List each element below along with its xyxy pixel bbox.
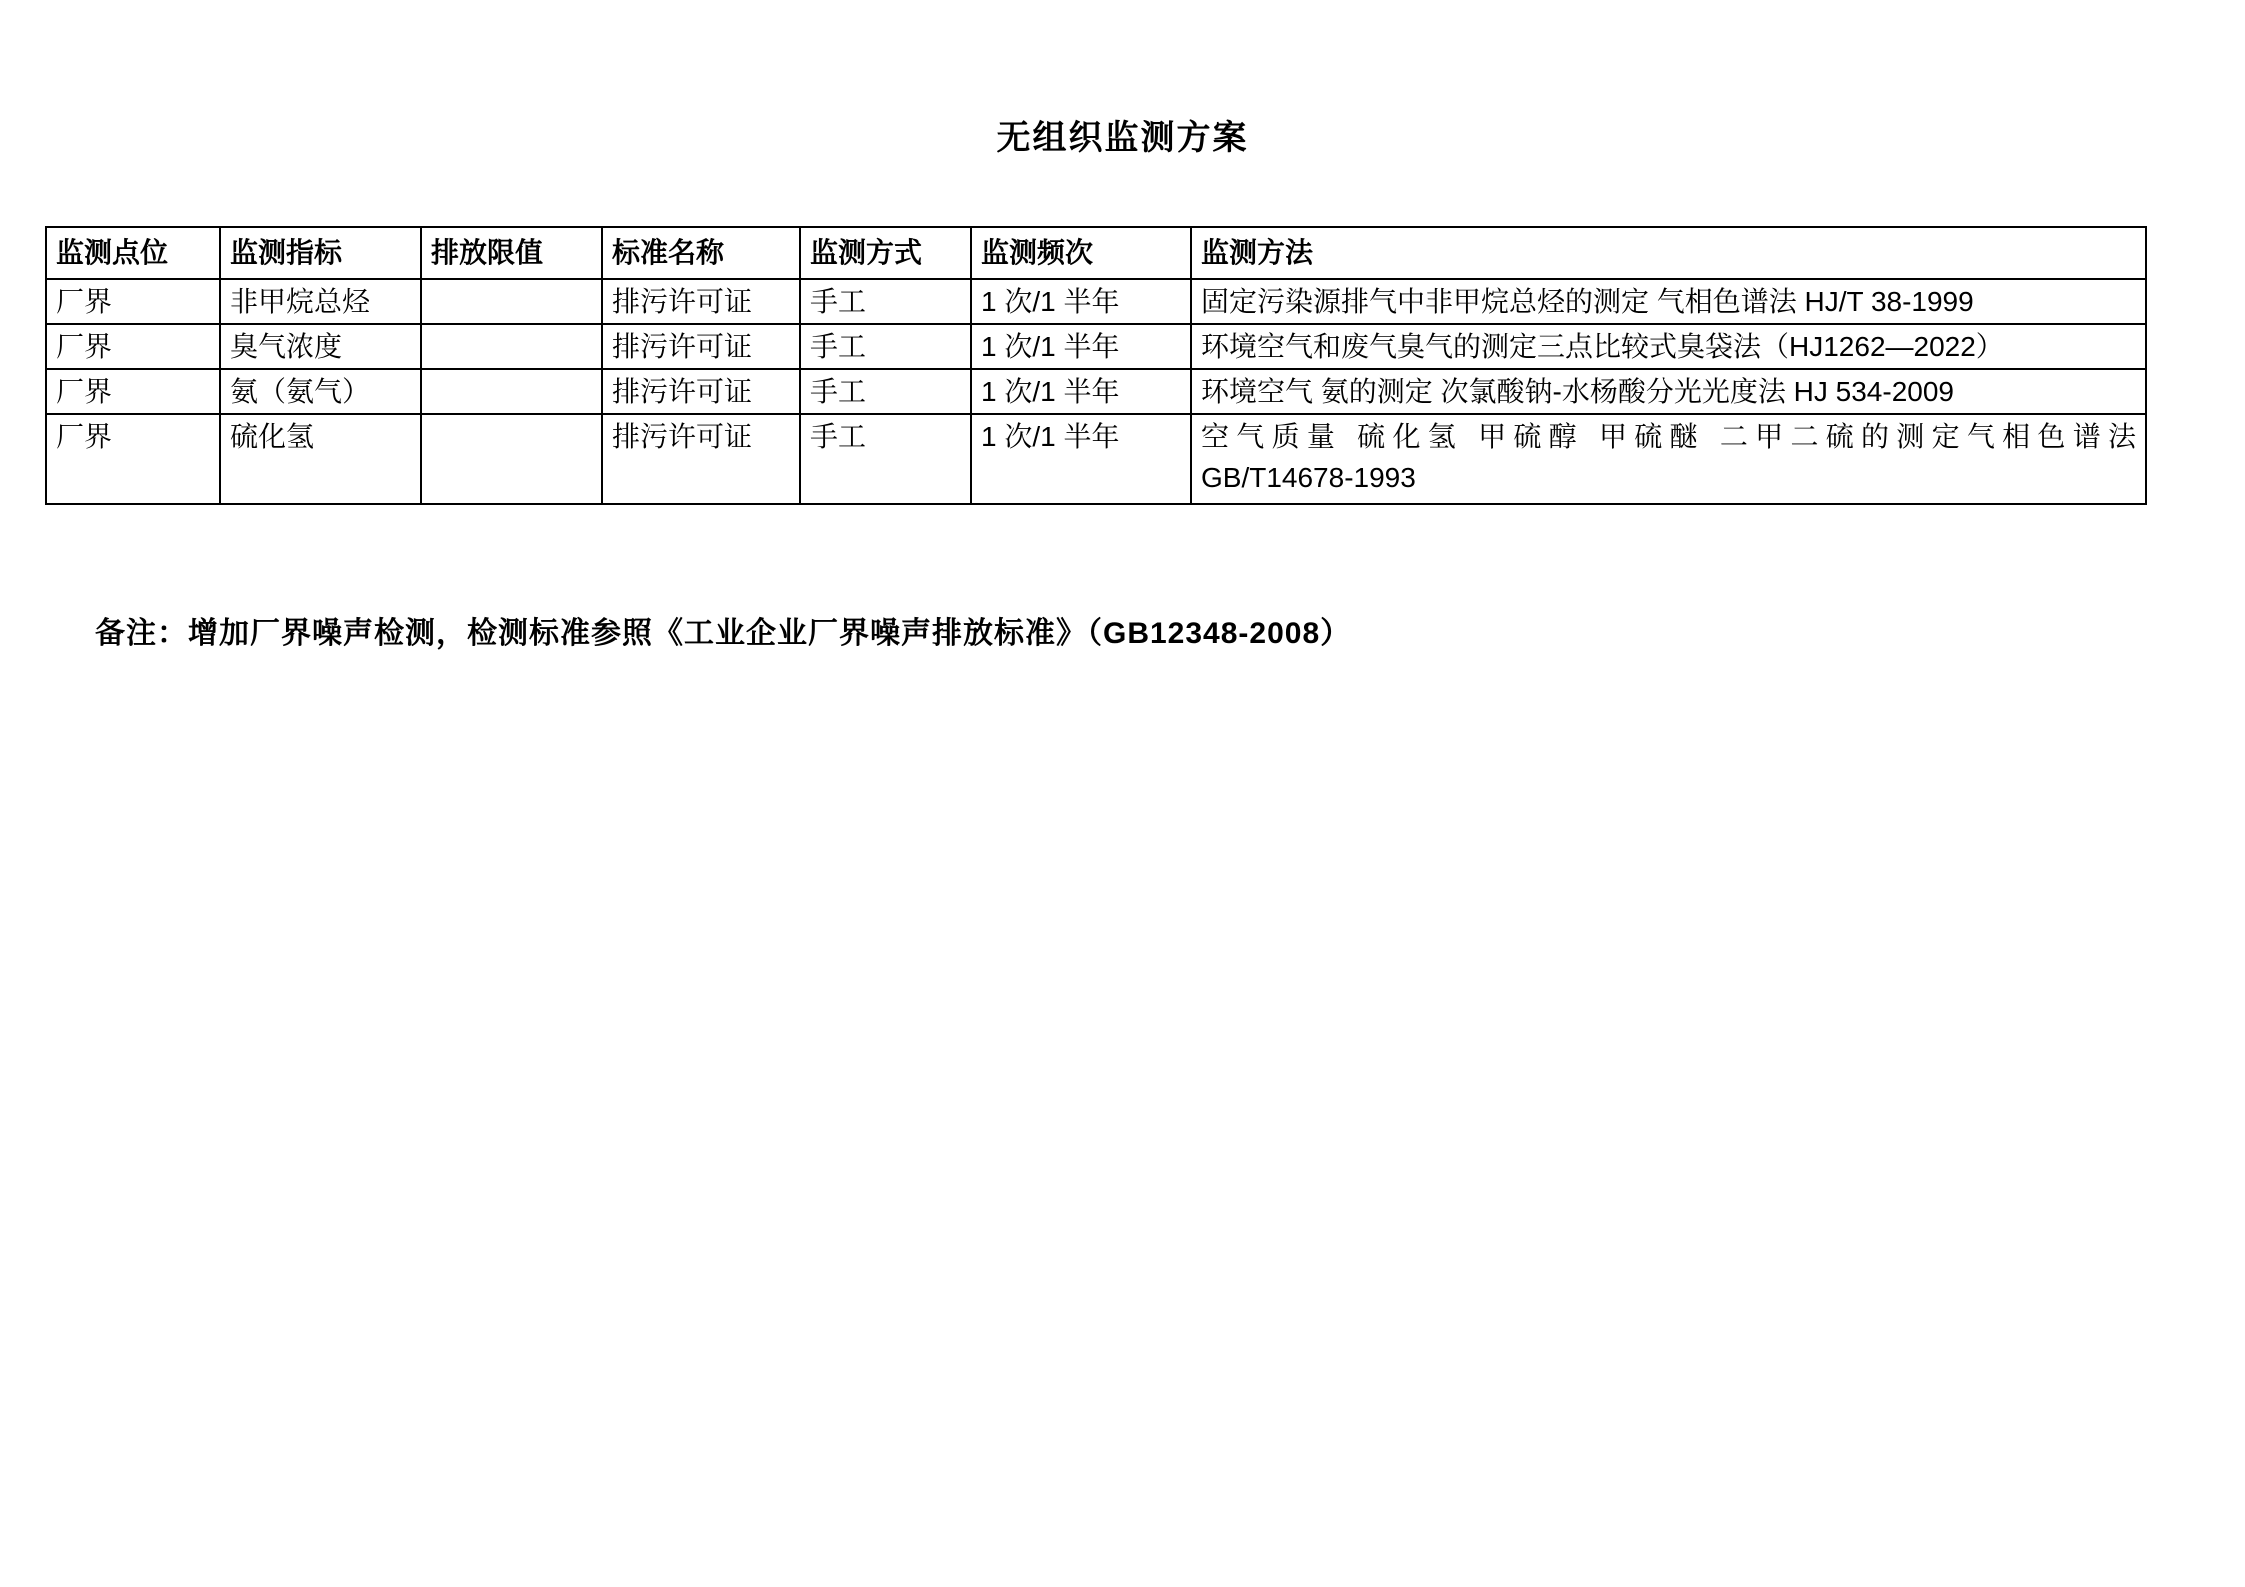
note-text: 备注：增加厂界噪声检测，检测标准参照《工业企业厂界噪声排放标准》（GB12348… [95, 613, 2245, 655]
cell-mode: 手工 [800, 369, 971, 414]
cell-standard: 排污许可证 [602, 369, 800, 414]
cell-point: 厂界 [46, 324, 220, 369]
cell-limit [421, 414, 602, 504]
cell-point: 厂界 [46, 414, 220, 504]
cell-standard: 排污许可证 [602, 414, 800, 504]
method-text: 环境空气和废气臭气的测定三点比较式臭袋法（HJ1262—2022） [1201, 326, 2136, 367]
cell-indicator: 硫化氢 [220, 414, 421, 504]
cell-method: 固定污染源排气中非甲烷总烃的测定 气相色谱法 HJ/T 38-1999 [1191, 279, 2146, 324]
cell-point: 厂界 [46, 369, 220, 414]
cell-mode: 手工 [800, 324, 971, 369]
cell-frequency: 1 次/1 半年 [971, 279, 1191, 324]
method-text: 环境空气 氨的测定 次氯酸钠-水杨酸分光光度法 HJ 534-2009 [1201, 371, 2136, 412]
document-page: 无组织监测方案 监测点位 监测指标 排放限值 标准名称 监测方式 监测频次 监测… [0, 0, 2245, 1587]
cell-frequency: 1 次/1 半年 [971, 369, 1191, 414]
cell-point: 厂界 [46, 279, 220, 324]
table-row: 厂界 硫化氢 排污许可证 手工 1 次/1 半年 空气质量 硫化氢 甲硫醇 甲硫… [46, 414, 2146, 504]
header-cell-method: 监测方法 [1191, 227, 2146, 279]
cell-frequency: 1 次/1 半年 [971, 414, 1191, 504]
cell-limit [421, 324, 602, 369]
header-cell-point: 监测点位 [46, 227, 220, 279]
method-text-line-2: GB/T14678-1993 [1201, 457, 2136, 498]
cell-indicator: 臭气浓度 [220, 324, 421, 369]
cell-standard: 排污许可证 [602, 279, 800, 324]
cell-limit [421, 369, 602, 414]
cell-indicator: 氨（氨气） [220, 369, 421, 414]
cell-limit [421, 279, 602, 324]
cell-indicator: 非甲烷总烃 [220, 279, 421, 324]
cell-frequency: 1 次/1 半年 [971, 324, 1191, 369]
cell-mode: 手工 [800, 414, 971, 504]
header-cell-frequency: 监测频次 [971, 227, 1191, 279]
cell-standard: 排污许可证 [602, 324, 800, 369]
page-title: 无组织监测方案 [0, 0, 2245, 164]
header-cell-standard: 标准名称 [602, 227, 800, 279]
cell-mode: 手工 [800, 279, 971, 324]
method-text: 固定污染源排气中非甲烷总烃的测定 气相色谱法 HJ/T 38-1999 [1201, 281, 2136, 322]
monitoring-table: 监测点位 监测指标 排放限值 标准名称 监测方式 监测频次 监测方法 厂界 非甲… [45, 226, 2147, 505]
cell-method: 环境空气和废气臭气的测定三点比较式臭袋法（HJ1262—2022） [1191, 324, 2146, 369]
cell-method: 环境空气 氨的测定 次氯酸钠-水杨酸分光光度法 HJ 534-2009 [1191, 369, 2146, 414]
header-cell-limit: 排放限值 [421, 227, 602, 279]
header-cell-mode: 监测方式 [800, 227, 971, 279]
table-row: 厂界 非甲烷总烃 排污许可证 手工 1 次/1 半年 固定污染源排气中非甲烷总烃… [46, 279, 2146, 324]
table-header-row: 监测点位 监测指标 排放限值 标准名称 监测方式 监测频次 监测方法 [46, 227, 2146, 279]
table-row: 厂界 臭气浓度 排污许可证 手工 1 次/1 半年 环境空气和废气臭气的测定三点… [46, 324, 2146, 369]
method-text-line-1: 空气质量 硫化氢 甲硫醇 甲硫醚 二甲二硫的测定气相色谱法 [1201, 416, 2136, 457]
cell-method: 空气质量 硫化氢 甲硫醇 甲硫醚 二甲二硫的测定气相色谱法 GB/T14678-… [1191, 414, 2146, 504]
table-row: 厂界 氨（氨气） 排污许可证 手工 1 次/1 半年 环境空气 氨的测定 次氯酸… [46, 369, 2146, 414]
header-cell-indicator: 监测指标 [220, 227, 421, 279]
